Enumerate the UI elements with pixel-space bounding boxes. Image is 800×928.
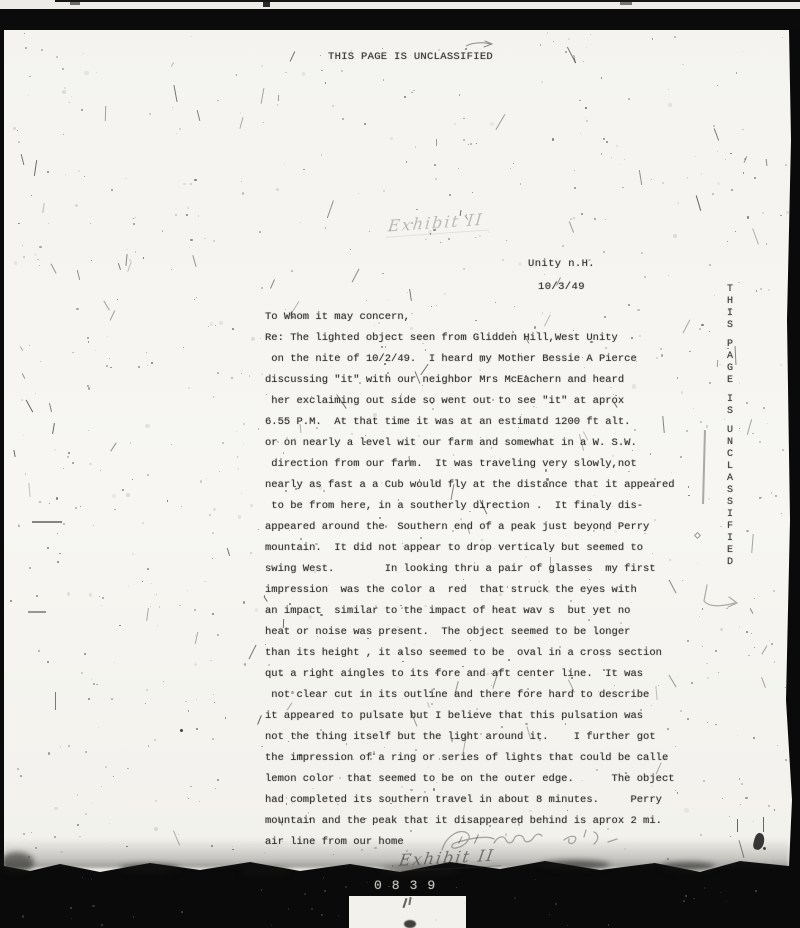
slip-mark xyxy=(402,898,407,908)
side-label-letter: I xyxy=(727,533,733,545)
letter-body: To Whom it may concern, Re: The lighted … xyxy=(265,307,675,853)
scratch-mark xyxy=(763,817,764,832)
scan-speck xyxy=(70,2,80,5)
side-label-letter: U xyxy=(727,425,733,437)
letter-date: 10/3/49 xyxy=(538,281,585,293)
slip-ink-blot xyxy=(404,920,416,928)
side-label-letter: E xyxy=(727,545,733,557)
scan-dash-mark xyxy=(32,521,62,523)
side-label-letter: H xyxy=(727,296,733,308)
side-label-letter: I xyxy=(727,509,733,521)
side-label-letter: S xyxy=(727,320,733,332)
bottom-paper-slip xyxy=(349,896,466,928)
side-label-letter: E xyxy=(727,375,733,387)
side-label-letter: P xyxy=(727,339,733,351)
side-label-letter: L xyxy=(727,461,733,473)
scan-smudge xyxy=(240,868,290,875)
scan-top-hairline xyxy=(55,0,800,2)
side-label-letter: F xyxy=(727,521,733,533)
side-label-letter: T xyxy=(727,284,733,296)
side-label-letter: S xyxy=(727,406,733,418)
side-classification-label: THISPAGEISUNCLASSIFIED xyxy=(723,284,737,569)
side-label-letter: N xyxy=(727,437,733,449)
side-label-letter: S xyxy=(727,485,733,497)
side-label-letter: S xyxy=(727,497,733,509)
pencil-arrow-mark xyxy=(466,39,494,49)
frame-number-stamp: 0839 xyxy=(374,878,445,893)
side-label-letter: I xyxy=(727,394,733,406)
scan-smudge xyxy=(660,862,715,872)
side-label-letter: C xyxy=(727,449,733,461)
scan-speck xyxy=(620,1,632,5)
side-label-letter: A xyxy=(727,351,733,363)
scratch-mark xyxy=(737,819,738,832)
scan-smudge xyxy=(0,852,34,874)
scan-smudge xyxy=(540,860,610,870)
scan-black-bar xyxy=(0,9,800,30)
top-classification-label: THIS PAGE IS UNCLASSIFIED xyxy=(328,51,493,63)
ink-speck xyxy=(763,847,766,850)
slip-mark xyxy=(408,897,411,905)
side-label-letter: A xyxy=(727,473,733,485)
side-label-letter: G xyxy=(727,363,733,375)
scan-dash-mark xyxy=(28,611,46,613)
scan-notch xyxy=(263,0,270,7)
pencil-bracket-mark xyxy=(700,584,742,612)
side-label-letter: D xyxy=(727,557,733,569)
ink-speck xyxy=(180,729,183,732)
scan-smudge xyxy=(120,864,180,873)
side-label-letter: I xyxy=(727,308,733,320)
letter-location: Unity n.H. xyxy=(528,258,595,270)
scanned-document: THIS PAGE IS UNCLASSIFIED Exhibit II Uni… xyxy=(0,0,800,928)
